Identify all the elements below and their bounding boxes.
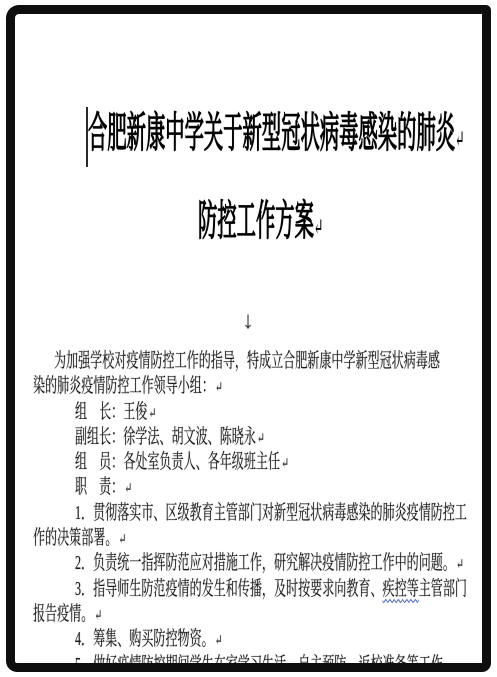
text-line: 职 责：↵ <box>33 475 483 500</box>
document-page[interactable]: 合肥新康中学关于新型冠状病毒感染的肺炎↵ 防控工作方案↵ ↓ 为加强学校对疫情防… <box>6 5 491 672</box>
text-run: 为加强学校对疫情防控工作的指导，特成立合肥新康中学新型冠状病毒感 <box>54 350 440 372</box>
text-run: 染的肺炎疫情防控工作领导小组： <box>33 375 214 397</box>
text-line: 组 长：王俊↵ <box>33 400 483 425</box>
title-text: 合肥新康中学关于新型冠状病毒感染的肺炎 <box>88 111 455 157</box>
text-line: 报告疫情。↵ <box>33 602 483 627</box>
text-line: 染的肺炎疫情防控工作领导小组：↵ <box>33 374 483 399</box>
text-run: 3．指导师生防范疫情的发生和传播，及时按要求向教育、 <box>75 578 383 600</box>
document-title-line-1: 合肥新康中学关于新型冠状病毒感染的肺炎↵ <box>88 112 491 162</box>
text-line: 2．负责统一指挥防范应对措施工作，研究解决疫情防控工作中的问题。↵ <box>33 551 483 576</box>
text-run: 组 长：王俊 <box>75 401 147 423</box>
text-run: 作的决策部署。 <box>33 527 117 549</box>
document-title-line-2: 防控工作方案↵ <box>198 200 470 250</box>
text-line: 组 员：各处室负责人、各年级班主任↵ <box>33 450 483 475</box>
paragraph-mark: ↓ <box>242 308 254 335</box>
paragraph-mark: ↵ <box>455 127 464 153</box>
paragraph-mark: ↵ <box>149 406 157 422</box>
paragraph-mark: ↵ <box>281 456 289 472</box>
paragraph-mark: ↵ <box>119 532 127 548</box>
text-run: 1．贯彻落实市、区级教育主管部门对新型冠状病毒感染的肺炎疫情防控工 <box>75 502 467 524</box>
text-line: 作的决策部署。↵ <box>33 526 483 551</box>
document-body[interactable]: 为加强学校对疫情防控工作的指导，特成立合肥新康中学新型冠状病毒感染的肺炎疫情防控… <box>33 349 483 672</box>
text-run: 副组长：徐学法、胡文波、陈晓永 <box>75 426 256 448</box>
text-run: 组 员：各处室负责人、各年级班主任 <box>75 451 280 473</box>
text-run: 报告疫情。 <box>33 603 93 625</box>
text-line: 1．贯彻落实市、区级教育主管部门对新型冠状病毒感染的肺炎疫情防控工 <box>33 501 483 526</box>
text-line: 为加强学校对疫情防控工作的指导，特成立合肥新康中学新型冠状病毒感 <box>33 349 483 374</box>
text-run: 2．负责统一指挥防范应对措施工作，研究解决疫情防控工作中的问题。 <box>75 552 455 574</box>
text-run: 主管部门 <box>419 578 467 600</box>
paragraph-mark: ↵ <box>95 608 103 624</box>
paragraph-mark: ↵ <box>314 215 323 241</box>
spellcheck-underlined-text: 疾控等 <box>383 578 419 600</box>
text-line: 副组长：徐学法、胡文波、陈晓永↵ <box>33 425 483 450</box>
paragraph-mark: ↵ <box>124 481 132 497</box>
text-line: 4．筹集、购买防控物资。↵ <box>33 627 483 652</box>
text-line: 5．做好疫情防控期间学生在家学习生活、自主预防、返校准备等工作 <box>33 653 483 672</box>
title-text: 防控工作方案 <box>198 199 314 245</box>
text-run: 职 责： <box>75 476 123 498</box>
text-run: 5．做好疫情防控期间学生在家学习生活、自主预防、返校准备等工作 <box>75 654 443 672</box>
paragraph-mark: ↵ <box>257 431 265 447</box>
paragraph-mark: ↵ <box>215 380 223 396</box>
paragraph-mark: ↵ <box>215 633 223 649</box>
paragraph-mark: ↵ <box>456 557 464 573</box>
text-run: 4．筹集、购买防控物资。 <box>75 628 214 650</box>
text-line: 3．指导师生防范疫情的发生和传播，及时按要求向教育、疾控等主管部门 <box>33 577 483 602</box>
